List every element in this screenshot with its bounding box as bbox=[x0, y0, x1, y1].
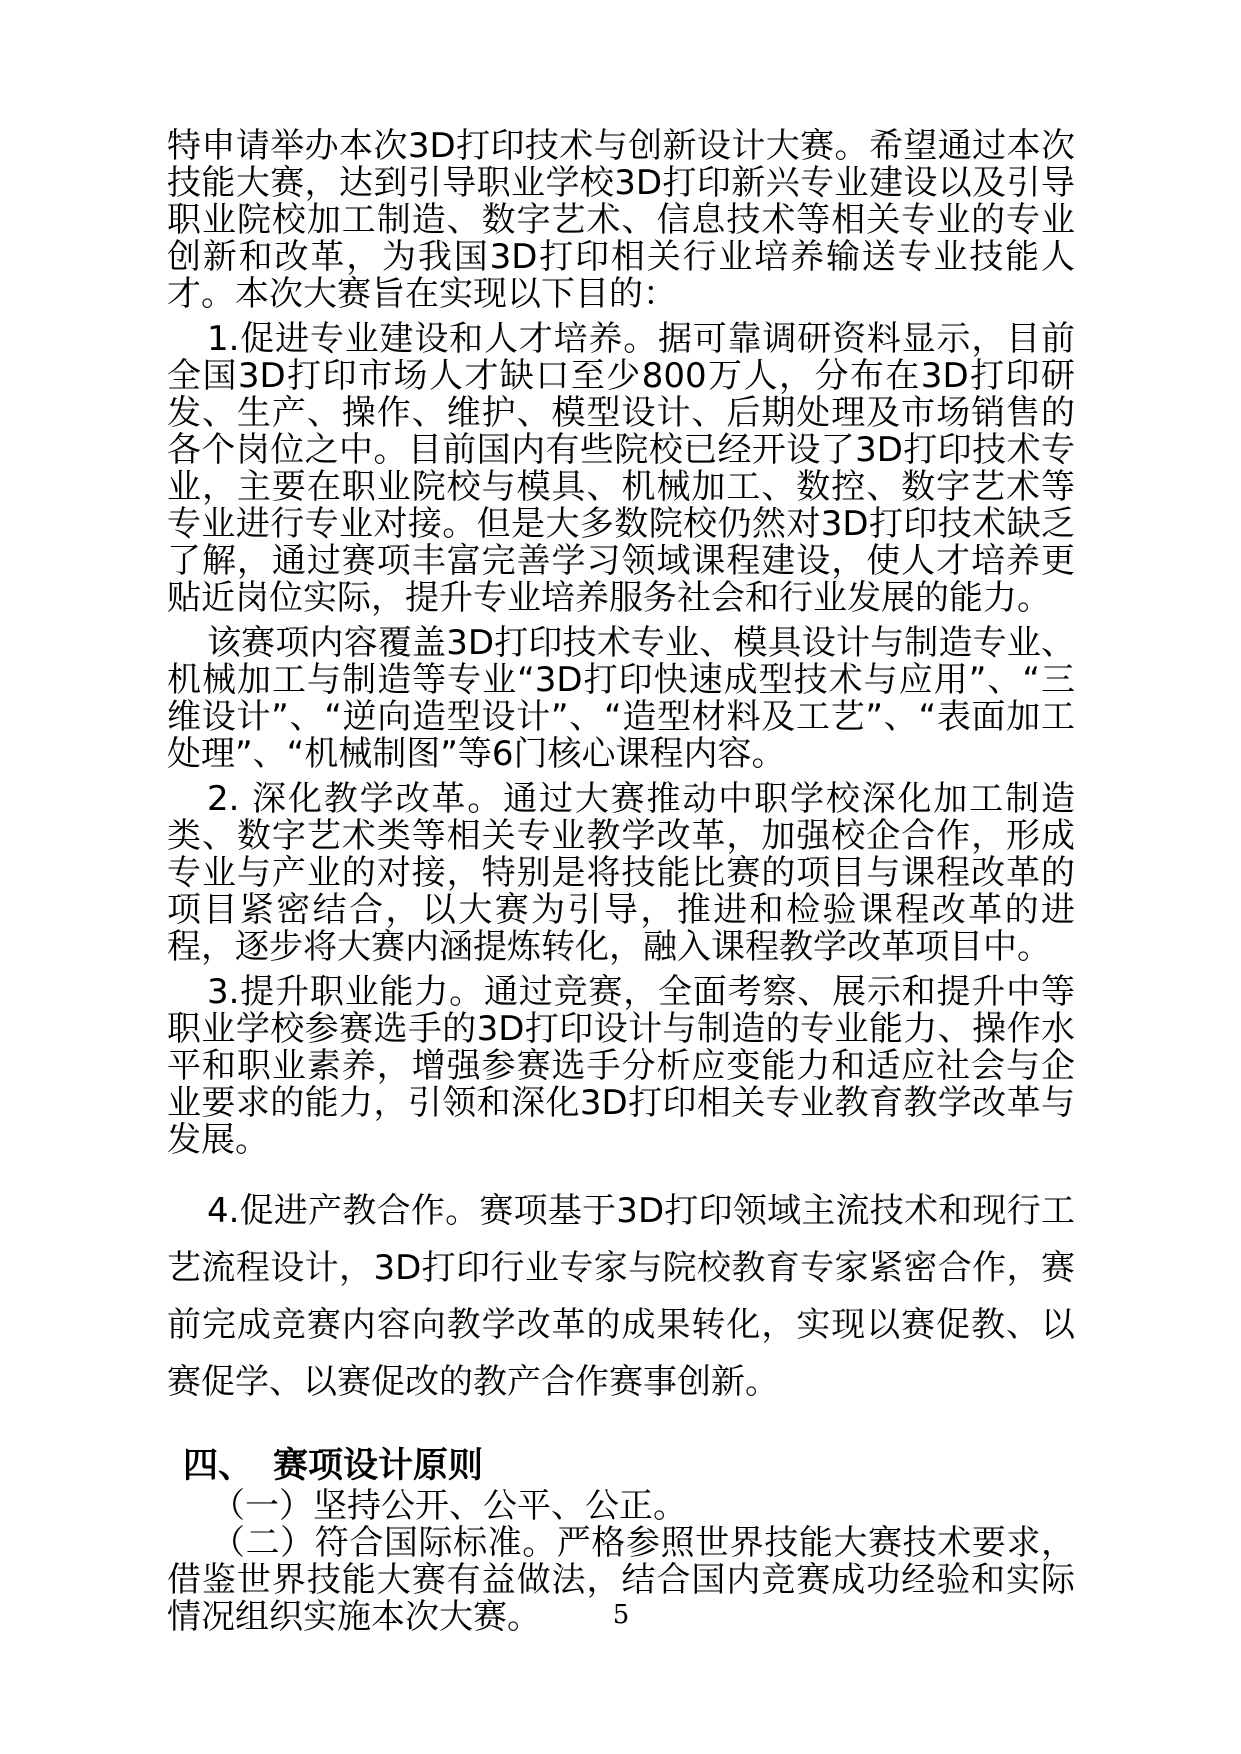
section-heading-number: 四、 bbox=[183, 1446, 253, 1486]
paragraph-goal-2: 2. 深化教学改革。通过大赛推动中职学校深化加工制造类、数字艺术类等相关专业教学… bbox=[167, 781, 1075, 966]
paragraph-goal-1: 1.促进专业建设和人才培养。据可靠调研资料显示，目前全国3D打印市场人才缺口至少… bbox=[167, 321, 1075, 617]
document-page: 特申请举办本次3D打印技术与创新设计大赛。希望通过本次技能大赛，达到引导职业学校… bbox=[0, 0, 1241, 1754]
page-content: 特申请举办本次3D打印技术与创新设计大赛。希望通过本次技能大赛，达到引导职业学校… bbox=[167, 0, 1075, 1636]
page-footer: 5 bbox=[167, 1600, 1075, 1630]
paragraph-goal-1-courses: 该赛项内容覆盖3D打印技术专业、模具设计与制造专业、机械加工与制造等专业“3D打… bbox=[167, 625, 1075, 773]
section-heading: 四、赛项设计原则 bbox=[167, 1447, 1075, 1485]
principle-item-1: （一）坚持公开、公平、公正。 bbox=[167, 1488, 1075, 1525]
section-heading-title: 赛项设计原则 bbox=[273, 1446, 483, 1486]
paragraph-continuation: 特申请举办本次3D打印技术与创新设计大赛。希望通过本次技能大赛，达到引导职业学校… bbox=[167, 128, 1075, 313]
page-number: 5 bbox=[613, 1600, 630, 1630]
paragraph-goal-4: 4.促进产教合作。赛项基于3D打印领域主流技术和现行工艺流程设计，3D打印行业专… bbox=[167, 1183, 1075, 1411]
paragraph-goal-3: 3.提升职业能力。通过竞赛，全面考察、展示和提升中等职业学校参赛选手的3D打印设… bbox=[167, 974, 1075, 1159]
